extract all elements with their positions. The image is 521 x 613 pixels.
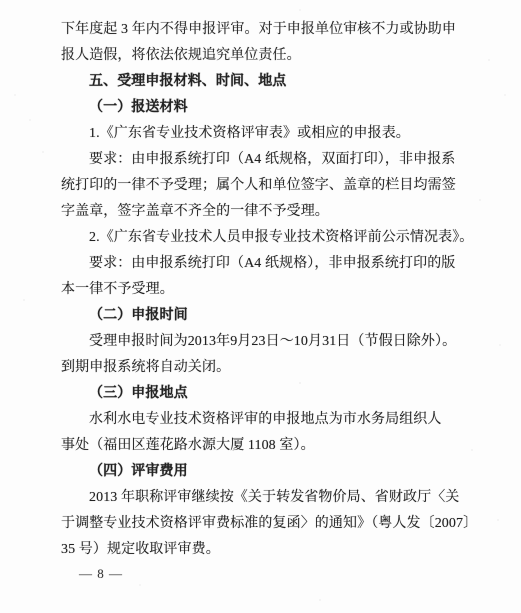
section-heading-5: 五、受理申报材料、时间、地点 xyxy=(61,69,453,95)
body-line: 事处（福田区莲花路水源大厦 1108 室）。 xyxy=(61,433,453,459)
body-line: 统打印的一律不予受理；属个人和单位签字、盖章的栏目均需签 xyxy=(61,173,453,199)
document-body: 下年度起 3 年内不得申报评审。对于申报单位审核不力或协助申 报人造假，将依法依… xyxy=(61,17,453,563)
body-line: 35 号）规定收取评审费。 xyxy=(61,537,453,563)
body-line: 要求：由申报系统打印（A4 纸规格），非申报系统打印的版 xyxy=(61,251,453,277)
body-line: 要求：由申报系统打印（A4 纸规格，双面打印），非申报系 xyxy=(61,147,453,173)
body-line: 受理申报时间为2013年9月23日～10月31日（节假日除外）。 xyxy=(61,329,453,355)
body-line: 报人造假，将依法依规追究单位责任。 xyxy=(61,43,453,69)
scanned-document-page: 下年度起 3 年内不得申报评审。对于申报单位审核不力或协助申 报人造假，将依法依… xyxy=(0,0,521,613)
subsection-heading-4: （四）评审费用 xyxy=(61,459,453,485)
page-number: — 8 — xyxy=(79,566,123,582)
body-line: 于调整专业技术资格评审费标准的复函〉的通知》（粤人发〔2007〕 xyxy=(61,511,453,537)
body-line: 水利水电专业技术资格评审的申报地点为市水务局组织人 xyxy=(61,407,453,433)
body-line: 字盖章，签字盖章不齐全的一律不予受理。 xyxy=(61,199,453,225)
body-line: 2.《广东省专业技术人员申报专业技术资格评前公示情况表》。 xyxy=(61,225,453,251)
body-line: 2013 年职称评审继续按《关于转发省物价局、省财政厅〈关 xyxy=(61,485,453,511)
subsection-heading-3: （三）申报地点 xyxy=(61,381,453,407)
body-line: 本一律不予受理。 xyxy=(61,277,453,303)
body-line: 到期申报系统将自动关闭。 xyxy=(61,355,453,381)
body-line: 1.《广东省专业技术资格评审表》或相应的申报表。 xyxy=(61,121,453,147)
subsection-heading-2: （二）申报时间 xyxy=(61,303,453,329)
body-line: 下年度起 3 年内不得申报评审。对于申报单位审核不力或协助申 xyxy=(61,17,453,43)
subsection-heading-1: （一）报送材料 xyxy=(61,95,453,121)
